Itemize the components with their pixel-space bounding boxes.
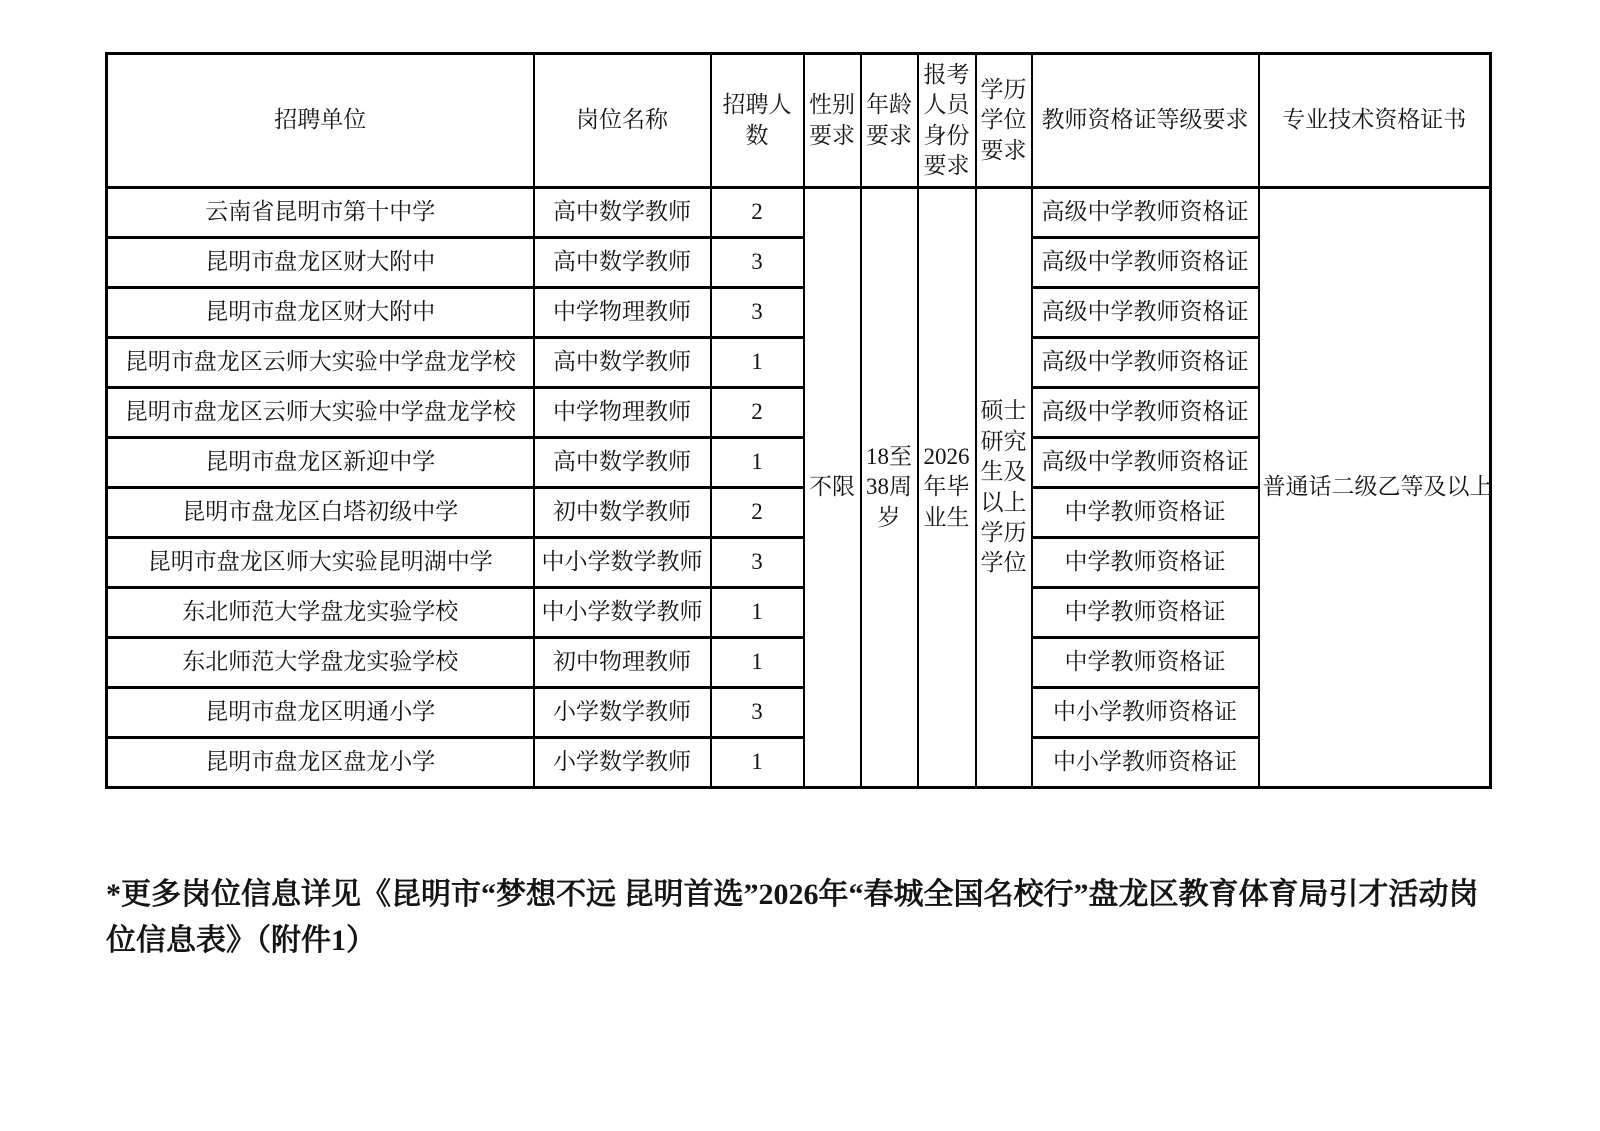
cell-post: 高中数学教师: [534, 238, 711, 288]
cell-unit: 东北师范大学盘龙实验学校: [107, 638, 534, 688]
cell-cert: 中小学教师资格证: [1032, 738, 1259, 788]
cell-count: 3: [711, 538, 804, 588]
cell-count: 2: [711, 488, 804, 538]
cell-unit: 昆明市盘龙区师大实验昆明湖中学: [107, 538, 534, 588]
cell-count: 1: [711, 338, 804, 388]
cell-post: 中小学数学教师: [534, 588, 711, 638]
cell-post: 中小学数学教师: [534, 538, 711, 588]
cell-post: 中学物理教师: [534, 288, 711, 338]
cell-post: 初中数学教师: [534, 488, 711, 538]
cell-identity-merged: 2026年毕业生: [918, 188, 976, 788]
header-gender: 性别要求: [804, 54, 861, 188]
recruitment-table: 招聘单位 岗位名称 招聘人数 性别要求 年龄要求 报考人员身份要求 学历学位要求…: [105, 52, 1492, 789]
cell-cert: 高级中学教师资格证: [1032, 438, 1259, 488]
cell-unit: 昆明市盘龙区盘龙小学: [107, 738, 534, 788]
cell-unit: 云南省昆明市第十中学: [107, 188, 534, 238]
footnote: *更多岗位信息详见《昆明市“梦想不远 昆明首选”2026年“春城全国名校行”盘龙…: [106, 872, 1504, 964]
cell-post: 小学数学教师: [534, 688, 711, 738]
header-tech: 专业技术资格证书: [1259, 54, 1491, 188]
header-row: 招聘单位 岗位名称 招聘人数 性别要求 年龄要求 报考人员身份要求 学历学位要求…: [107, 54, 1491, 188]
header-post: 岗位名称: [534, 54, 711, 188]
cell-cert: 高级中学教师资格证: [1032, 238, 1259, 288]
cell-unit: 昆明市盘龙区云师大实验中学盘龙学校: [107, 388, 534, 438]
cell-count: 3: [711, 238, 804, 288]
cell-post: 初中物理教师: [534, 638, 711, 688]
cell-cert: 高级中学教师资格证: [1032, 188, 1259, 238]
cell-gender-merged: 不限: [804, 188, 861, 788]
cell-unit: 昆明市盘龙区白塔初级中学: [107, 488, 534, 538]
cell-cert: 中学教师资格证: [1032, 488, 1259, 538]
cell-unit: 昆明市盘龙区财大附中: [107, 288, 534, 338]
table-row: 云南省昆明市第十中学 高中数学教师 2 不限 18至38周岁 2026年毕业生 …: [107, 188, 1491, 238]
cell-count: 2: [711, 388, 804, 438]
header-count: 招聘人数: [711, 54, 804, 188]
header-unit: 招聘单位: [107, 54, 534, 188]
cell-cert: 高级中学教师资格证: [1032, 388, 1259, 438]
cell-post: 高中数学教师: [534, 188, 711, 238]
cell-post: 中学物理教师: [534, 388, 711, 438]
cell-count: 1: [711, 588, 804, 638]
header-cert: 教师资格证等级要求: [1032, 54, 1259, 188]
cell-cert: 中小学教师资格证: [1032, 688, 1259, 738]
header-degree: 学历学位要求: [976, 54, 1032, 188]
cell-unit: 昆明市盘龙区新迎中学: [107, 438, 534, 488]
cell-post: 高中数学教师: [534, 438, 711, 488]
cell-cert: 高级中学教师资格证: [1032, 338, 1259, 388]
cell-degree-merged: 硕士研究生及以上学历学位: [976, 188, 1032, 788]
cell-unit: 昆明市盘龙区明通小学: [107, 688, 534, 738]
cell-cert: 中学教师资格证: [1032, 538, 1259, 588]
cell-unit: 昆明市盘龙区财大附中: [107, 238, 534, 288]
cell-count: 1: [711, 638, 804, 688]
cell-count: 1: [711, 438, 804, 488]
header-age: 年龄要求: [861, 54, 918, 188]
cell-post: 小学数学教师: [534, 738, 711, 788]
cell-post: 高中数学教师: [534, 338, 711, 388]
cell-tech-merged: 普通话二级乙等及以上: [1259, 188, 1491, 788]
cell-count: 3: [711, 288, 804, 338]
document-page: 招聘单位 岗位名称 招聘人数 性别要求 年龄要求 报考人员身份要求 学历学位要求…: [0, 0, 1600, 1131]
cell-cert: 中学教师资格证: [1032, 588, 1259, 638]
cell-cert: 高级中学教师资格证: [1032, 288, 1259, 338]
cell-count: 2: [711, 188, 804, 238]
cell-age-merged: 18至38周岁: [861, 188, 918, 788]
cell-unit: 昆明市盘龙区云师大实验中学盘龙学校: [107, 338, 534, 388]
cell-count: 1: [711, 738, 804, 788]
cell-unit: 东北师范大学盘龙实验学校: [107, 588, 534, 638]
cell-count: 3: [711, 688, 804, 738]
cell-cert: 中学教师资格证: [1032, 638, 1259, 688]
header-identity: 报考人员身份要求: [918, 54, 976, 188]
